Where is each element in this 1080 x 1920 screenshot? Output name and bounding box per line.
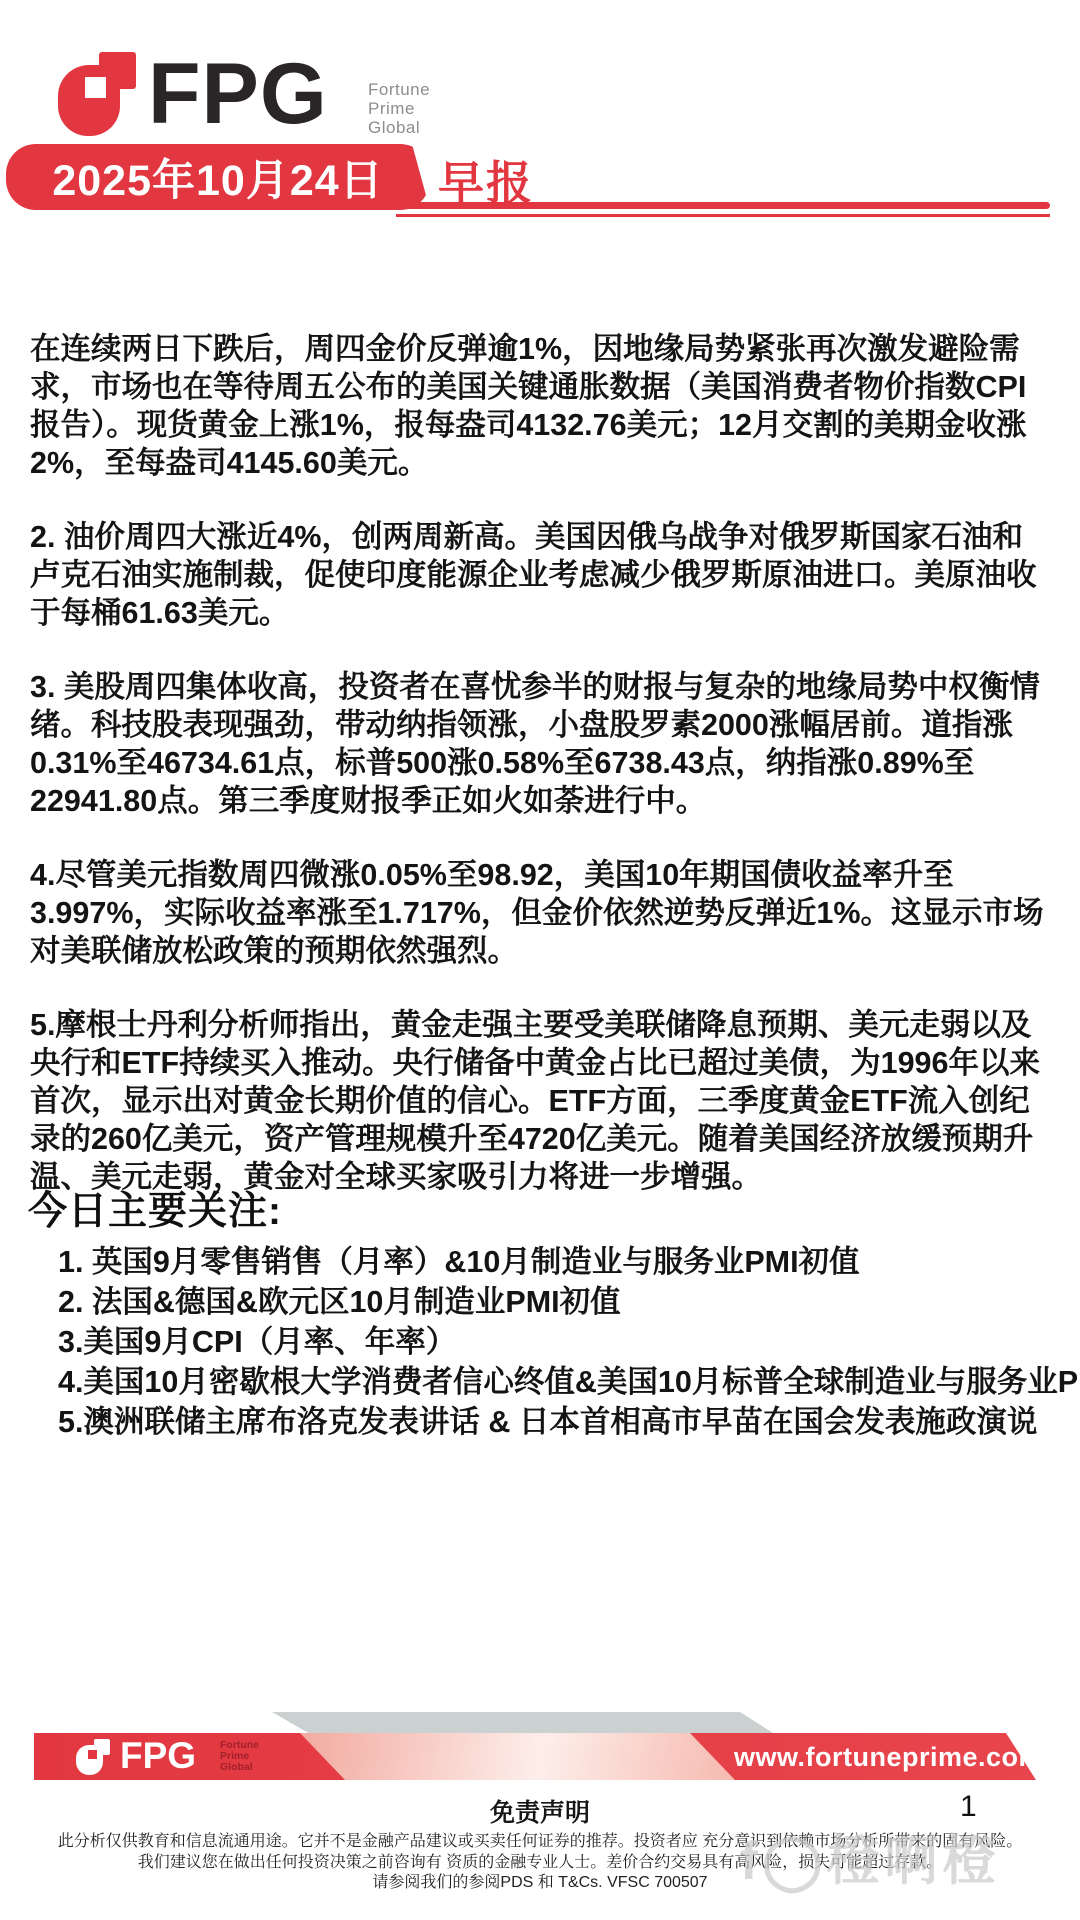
footer-pink-band <box>300 1733 736 1780</box>
fpg-footer-wordmark: FPG <box>120 1737 196 1775</box>
fpg-tagline-line: Prime <box>368 99 430 118</box>
watermark: f◯橙啊橙 <box>740 1818 1000 1895</box>
fpg-footer-logo-icon <box>76 1739 110 1775</box>
focus-item-2: 2. 法国&德国&欧元区10月制造业PMI初值 <box>58 1282 1058 1322</box>
date-banner: 2025年10月24日 <box>6 144 430 210</box>
header-rule-thin <box>396 214 1050 217</box>
morning-report-page: FPG Fortune Prime Global 2025年10月24日 早报 … <box>0 0 1080 1920</box>
focus-list: 1. 英国9月零售销售（月率）&10月制造业与服务业PMI初值 2. 法国&德国… <box>58 1242 1058 1442</box>
focus-item-4: 4.美国10月密歇根大学消费者信心终值&美国10月标普全球制造业与服务业PMI初… <box>58 1362 1058 1402</box>
focus-item-3: 3.美国9月CPI（月率、年率） <box>58 1322 1058 1362</box>
focus-item-1: 1. 英国9月零售销售（月率）&10月制造业与服务业PMI初值 <box>58 1242 1058 1282</box>
focus-item-5: 5.澳洲联储主席布洛克发表讲话 & 日本首相高市早苗在国会发表施政演说 <box>58 1402 1058 1442</box>
fpg-tagline: Fortune Prime Global <box>368 80 430 137</box>
footer-banner: FPG Fortune Prime Global www.fortuneprim… <box>34 1733 1036 1780</box>
website-url: www.fortuneprime.com <box>734 1742 1043 1773</box>
fpg-footer-tagline: Fortune Prime Global <box>220 1740 259 1773</box>
report-date: 2025年10月24日 <box>52 147 383 208</box>
news-paragraph-1: 在连续两日下跌后，周四金价反弹逾1%，因地缘局势紧张再次激发避险需求，市场也在等… <box>30 330 1052 482</box>
fpg-tagline-line: Fortune <box>368 80 430 99</box>
news-paragraph-3: 3. 美股周四集体收高，投资者在喜忧参半的财报与复杂的地缘局势中权衡情绪。科技股… <box>30 668 1052 820</box>
header-rule-thick <box>382 202 1050 209</box>
fpg-logo-icon <box>58 52 136 136</box>
focus-heading: 今日主要关注: <box>28 1180 282 1236</box>
fpg-wordmark: FPG <box>148 52 328 136</box>
news-paragraph-4: 4.尽管美元指数周四微涨0.05%至98.92，美国10年期国债收益率升至3.9… <box>30 856 1052 970</box>
fpg-tagline-line: Global <box>368 118 430 137</box>
news-paragraph-2: 2. 油价周四大涨近4%，创两周新高。美国因俄乌战争对俄罗斯国家石油和卢克石油实… <box>30 518 1052 632</box>
news-paragraph-5: 5.摩根士丹利分析师指出，黄金走强主要受美联储降息预期、美元走弱以及央行和ETF… <box>30 1006 1052 1196</box>
news-section: 在连续两日下跌后，周四金价反弹逾1%，因地缘局势紧张再次激发避险需求，市场也在等… <box>30 330 1052 1232</box>
